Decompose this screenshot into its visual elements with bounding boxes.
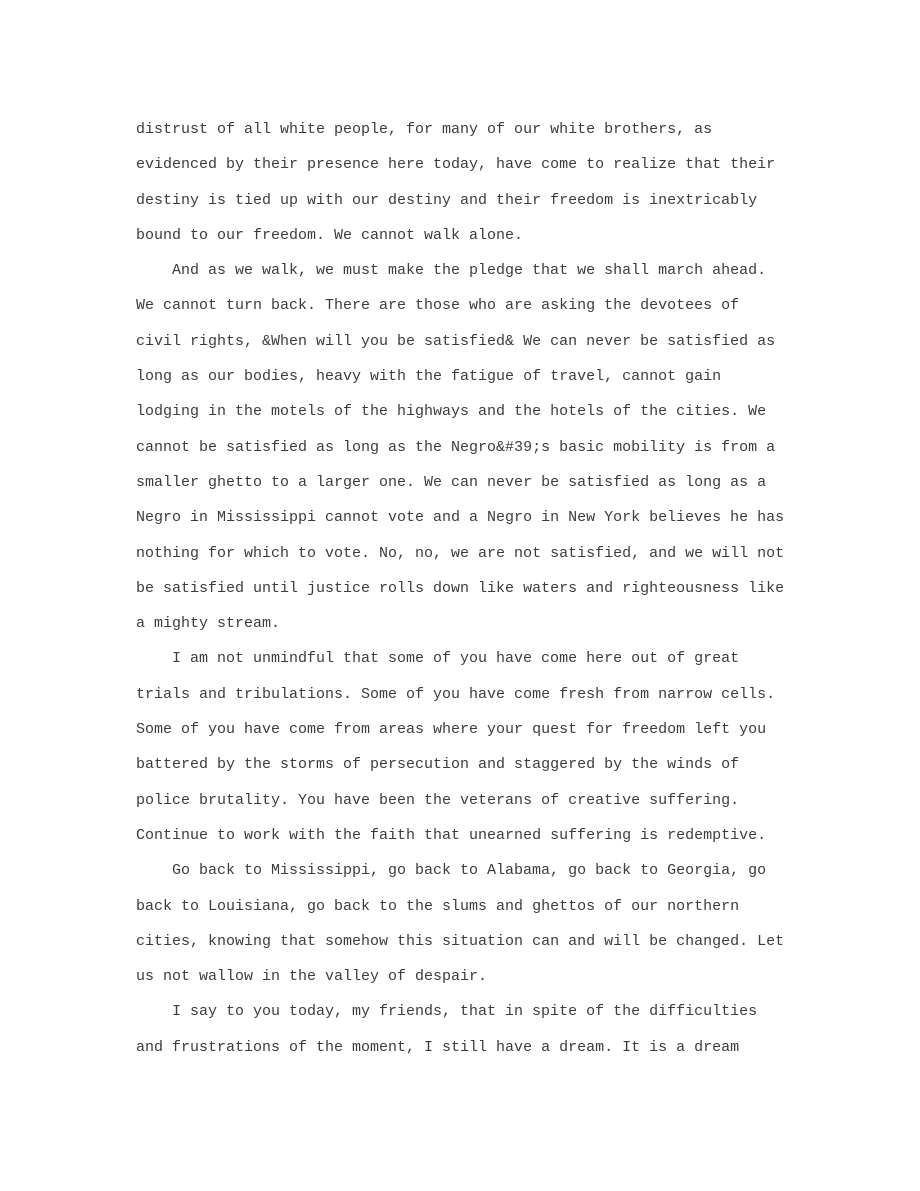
paragraph: distrust of all white people, for many o… — [136, 112, 788, 253]
paragraph: And as we walk, we must make the pledge … — [136, 253, 788, 641]
document-text-block: distrust of all white people, for many o… — [136, 112, 788, 1065]
paragraph: Go back to Mississippi, go back to Alaba… — [136, 853, 788, 994]
document-page: distrust of all white people, for many o… — [0, 0, 920, 1191]
paragraph: I say to you today, my friends, that in … — [136, 994, 788, 1065]
paragraph: I am not unmindful that some of you have… — [136, 641, 788, 853]
